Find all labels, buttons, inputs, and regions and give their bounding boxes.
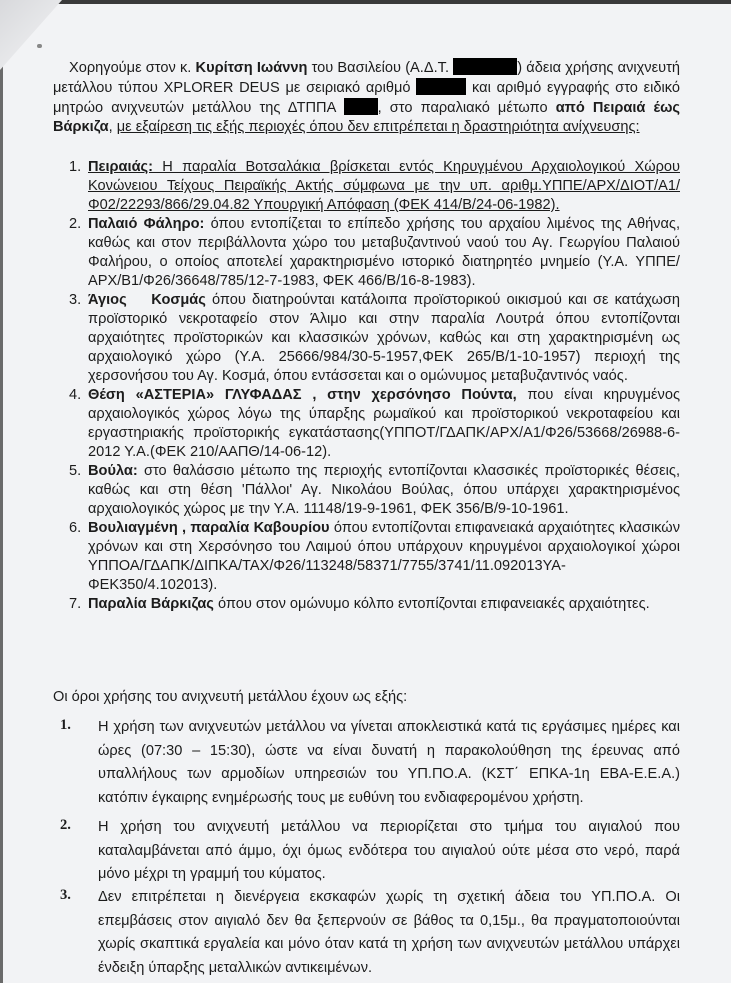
exclusion-item: 2.Παλαιό Φάληρο: όπου εντοπίζεται το επί… xyxy=(63,215,680,291)
item-number: 5. xyxy=(69,462,81,481)
condition-item: 1. Η χρήση των ανιχνευτών μετάλλου να γί… xyxy=(58,716,680,810)
condition-text: Η χρήση του ανιχνευτή μετάλλου να περιορ… xyxy=(98,816,680,887)
condition-number: 1. xyxy=(60,716,71,735)
item-title: Παλαιό Φάληρο: xyxy=(88,216,204,232)
item-number: 3. xyxy=(69,291,81,310)
condition-item: 3. Δεν επιτρέπεται η διενέργεια εκσκαφών… xyxy=(58,886,680,980)
intro-text-6: , xyxy=(109,119,117,135)
condition-number: 3. xyxy=(60,886,71,905)
redacted-serial xyxy=(416,78,466,95)
redacted-registry xyxy=(344,98,378,115)
licensee-name: Κυρίτση Ιωάννη xyxy=(196,60,308,76)
exclusion-list: 1.Πειραιάς: Η παραλία Βοτσαλάκια βρίσκετ… xyxy=(63,158,680,614)
item-number: 7. xyxy=(69,595,81,614)
intro-text-5: , στο παραλιακό μέτωπο xyxy=(378,100,556,116)
item-number: 1. xyxy=(69,158,81,177)
exception-clause: με εξαίρεση τις εξής περιοχές όπου δεν ε… xyxy=(117,119,640,135)
item-number: 4. xyxy=(69,386,81,405)
item-title: Παραλία Βάρκιζας xyxy=(88,596,214,612)
scanner-edge-top xyxy=(0,0,731,4)
item-title: Βουλιαγμένη , παραλία Καβουρίου xyxy=(88,520,330,536)
condition-text: Δεν επιτρέπεται η διενέργεια εκσκαφών χω… xyxy=(98,886,680,980)
item-title: Θέση «ΑΣΤΕΡΙΑ» ΓΛΥΦΑΔΑΣ , στην χερσόνησο… xyxy=(88,387,517,403)
scanner-edge-left xyxy=(0,0,3,983)
exclusion-item: 6.Βουλιαγμένη , παραλία Καβουρίου όπου ε… xyxy=(63,519,680,595)
intro-paragraph: Χορηγούμε στον κ. Κυρίτση Ιωάννη του Βασ… xyxy=(53,58,680,137)
item-text: Η παραλία Βοτσαλάκια βρίσκεται εντός Κηρ… xyxy=(88,159,680,213)
exclusion-item: 4.Θέση «ΑΣΤΕΡΙΑ» ΓΛΥΦΑΔΑΣ , στην χερσόνη… xyxy=(63,386,680,462)
conditions-heading: Οι όροι χρήσης του ανιχνευτή μετάλλου έχ… xyxy=(53,688,407,707)
item-title: Πειραιάς: xyxy=(88,159,153,175)
exclusion-item: 1.Πειραιάς: Η παραλία Βοτσαλάκια βρίσκετ… xyxy=(63,158,680,215)
item-text: όπου στον ομώνυμο κόλπο εντοπίζονται επι… xyxy=(214,596,650,612)
redacted-id xyxy=(453,58,517,75)
item-title: Βούλα: xyxy=(88,463,138,479)
intro-text-2: του Βασιλείου (Α.Δ.Τ. xyxy=(307,60,453,76)
exclusion-item: 5.Βούλα: στο θαλάσσιο μέτωπο της περιοχή… xyxy=(63,462,680,519)
intro-text-1: Χορηγούμε στον κ. xyxy=(69,60,196,76)
item-number: 6. xyxy=(69,519,81,538)
scanned-document-page: Χορηγούμε στον κ. Κυρίτση Ιωάννη του Βασ… xyxy=(0,0,731,983)
exclusion-item: 7.Παραλία Βάρκιζας όπου στον ομώνυμο κόλ… xyxy=(63,595,680,614)
staple-mark xyxy=(37,44,42,48)
condition-item: 2. Η χρήση του ανιχνευτή μετάλλου να περ… xyxy=(58,816,680,887)
condition-number: 2. xyxy=(60,816,71,835)
item-text: στο θαλάσσιο μέτωπο της περιοχής εντοπίζ… xyxy=(88,463,680,517)
item-title: Άγιος Κοσμάς xyxy=(88,292,206,308)
condition-text: Η χρήση των ανιχνευτών μετάλλου να γίνετ… xyxy=(98,716,680,810)
exclusion-item: 3.Άγιος Κοσμάς όπου διατηρούνται κατάλοι… xyxy=(63,291,680,386)
item-number: 2. xyxy=(69,215,81,234)
